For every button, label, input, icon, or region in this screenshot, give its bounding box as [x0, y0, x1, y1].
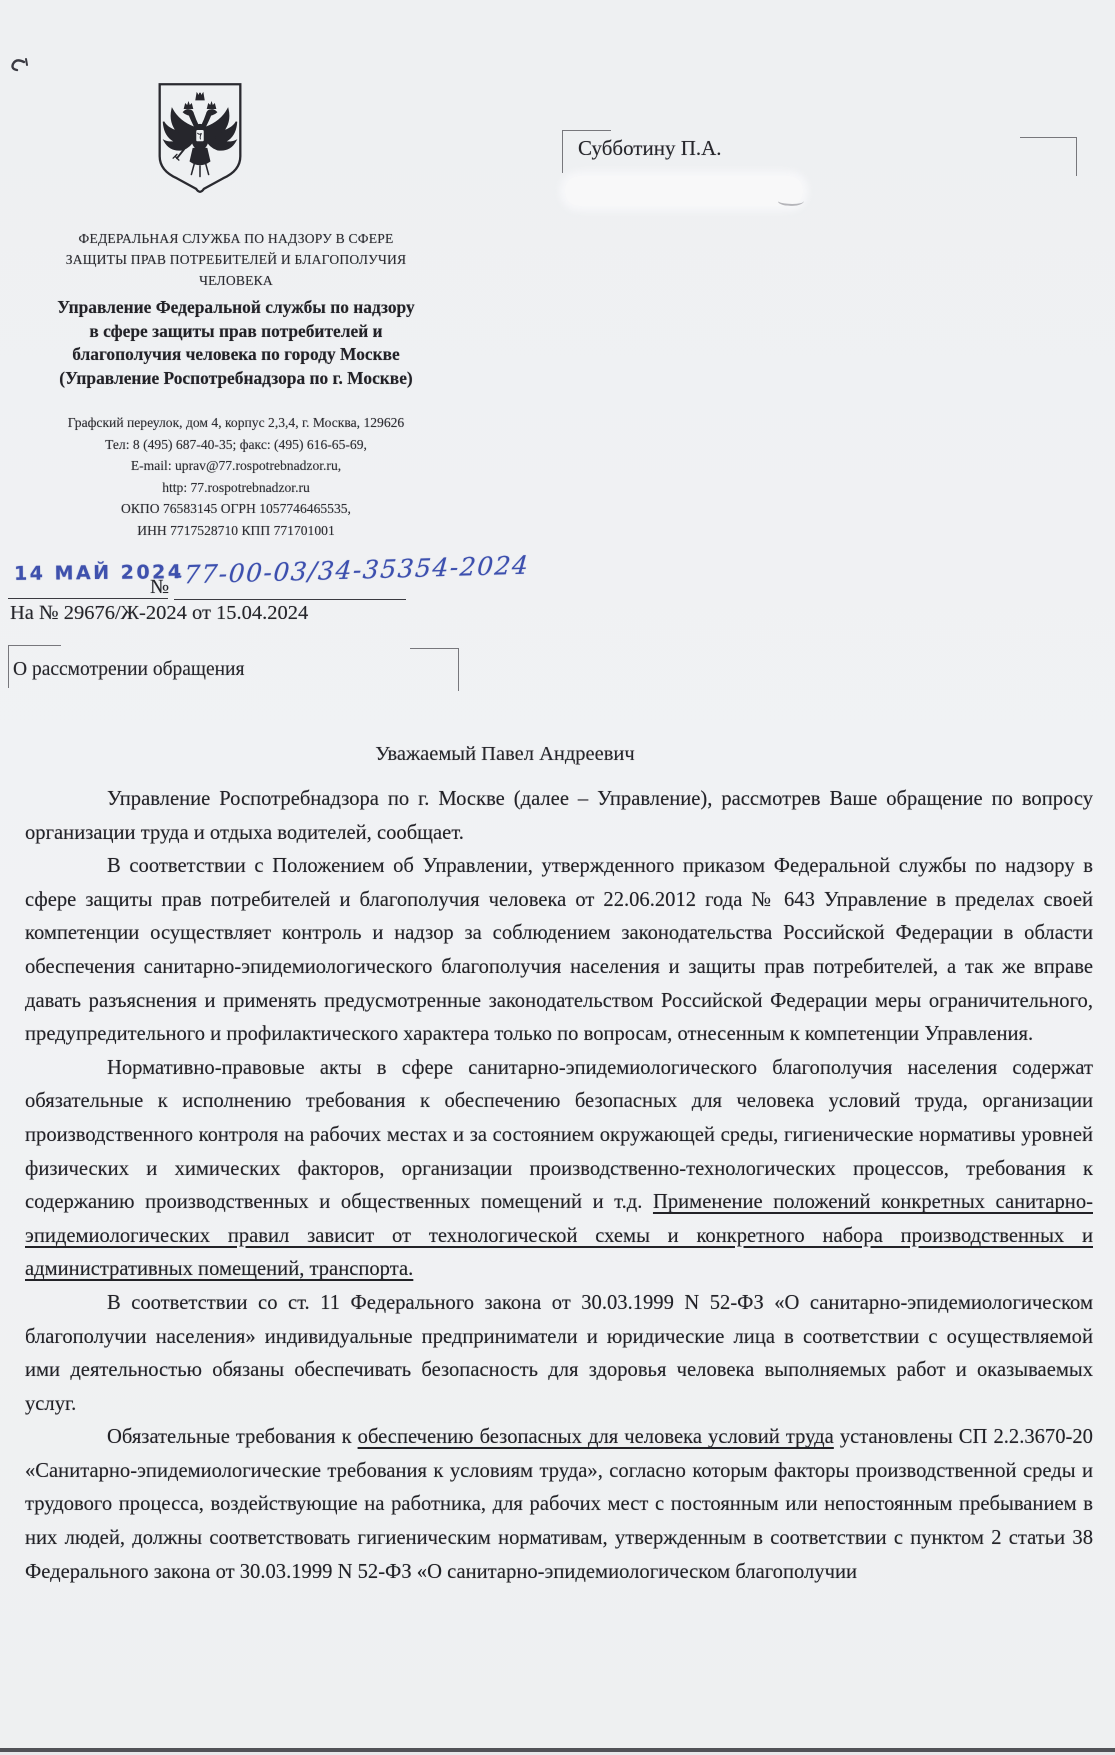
inn-kpp-line: ИНН 7717528710 КПП 771701001	[12, 520, 460, 542]
body-paragraph: Нормативно-правовые акты в сфере санитар…	[25, 1052, 1093, 1287]
letter-body: Управление Роспотребнадзора по г. Москве…	[25, 783, 1093, 1589]
date-underline	[8, 598, 168, 599]
body-text-segment: В соответствии со ст. 11 Федерального за…	[25, 1292, 1093, 1415]
body-text-underlined: обеспечению безопасных для человека усло…	[358, 1426, 834, 1448]
body-text-segment: Управление Роспотребнадзора по г. Москве…	[25, 788, 1093, 844]
body-text-segment: установлены СП 2.2.3670-20 «Санитарно-эп…	[25, 1426, 1093, 1582]
phone-line: Тел: 8 (495) 687-40-35; факс: (495) 616-…	[12, 434, 460, 456]
email-line: E-mail: uprav@77.rospotrebnadzor.ru,	[12, 455, 460, 477]
redaction-smudge	[565, 176, 803, 206]
contact-info: Графский переулок, дом 4, корпус 2,3,4, …	[12, 412, 460, 542]
number-underline	[174, 599, 406, 600]
department-name: Управление Федеральной службы по надзору…	[12, 296, 460, 390]
department-line: (Управление Роспотребнадзора по г. Москв…	[12, 367, 460, 391]
body-text-segment: В соответствии с Положением об Управлени…	[25, 855, 1093, 1045]
body-text-segment: Обязательные требования к	[107, 1426, 358, 1448]
agency-line: ФЕДЕРАЛЬНАЯ СЛУЖБА ПО НАДЗОРУ В СФЕРЕ	[12, 228, 460, 249]
website-line: http: 77.rospotrebnadzor.ru	[12, 477, 460, 499]
subject-line: О рассмотрении обращения	[13, 659, 244, 681]
pen-mark	[6, 56, 32, 88]
coat-of-arms-emblem	[152, 76, 248, 202]
incoming-reference: На № 29676/Ж-2024 от 15.04.2024	[10, 602, 308, 625]
agency-line: ЗАЩИТЫ ПРАВ ПОТРЕБИТЕЛЕЙ И БЛАГОПОЛУЧИЯ	[12, 249, 460, 270]
addressee-name: Субботину П.А.	[578, 136, 722, 161]
body-paragraph: Управление Роспотребнадзора по г. Москве…	[25, 783, 1093, 850]
body-paragraph: В соответствии со ст. 11 Федерального за…	[25, 1287, 1093, 1421]
outgoing-number-handwritten: -77-00-03/34-35354-2024	[173, 551, 505, 589]
agency-name: ФЕДЕРАЛЬНАЯ СЛУЖБА ПО НАДЗОРУ В СФЕРЕ ЗА…	[12, 228, 460, 291]
department-line: Управление Федеральной службы по надзору	[12, 296, 460, 320]
corner-mark-top-right	[1020, 137, 1077, 176]
body-text-segment: Нормативно-правовые акты в сфере санитар…	[25, 1057, 1093, 1213]
number-label: №	[150, 576, 169, 599]
department-line: благополучия человека по городу Москве	[12, 343, 460, 367]
address-line: Графский переулок, дом 4, корпус 2,3,4, …	[12, 412, 460, 434]
salutation: Уважаемый Павел Андреевич	[0, 743, 1010, 766]
body-paragraph: В соответствии с Положением об Управлени…	[25, 850, 1093, 1052]
body-paragraph: Обязательные требования к обеспечению бе…	[25, 1421, 1093, 1589]
agency-line: ЧЕЛОВЕКА	[12, 270, 460, 291]
department-line: в сфере защиты прав потребителей и	[12, 320, 460, 344]
corner-mark-subject-right	[410, 648, 459, 691]
scanned-letter-page: ФЕДЕРАЛЬНАЯ СЛУЖБА ПО НАДЗОРУ В СФЕРЕ ЗА…	[0, 0, 1115, 1755]
okpo-ogrn-line: ОКПО 76583145 ОГРН 1057746465535,	[12, 498, 460, 520]
